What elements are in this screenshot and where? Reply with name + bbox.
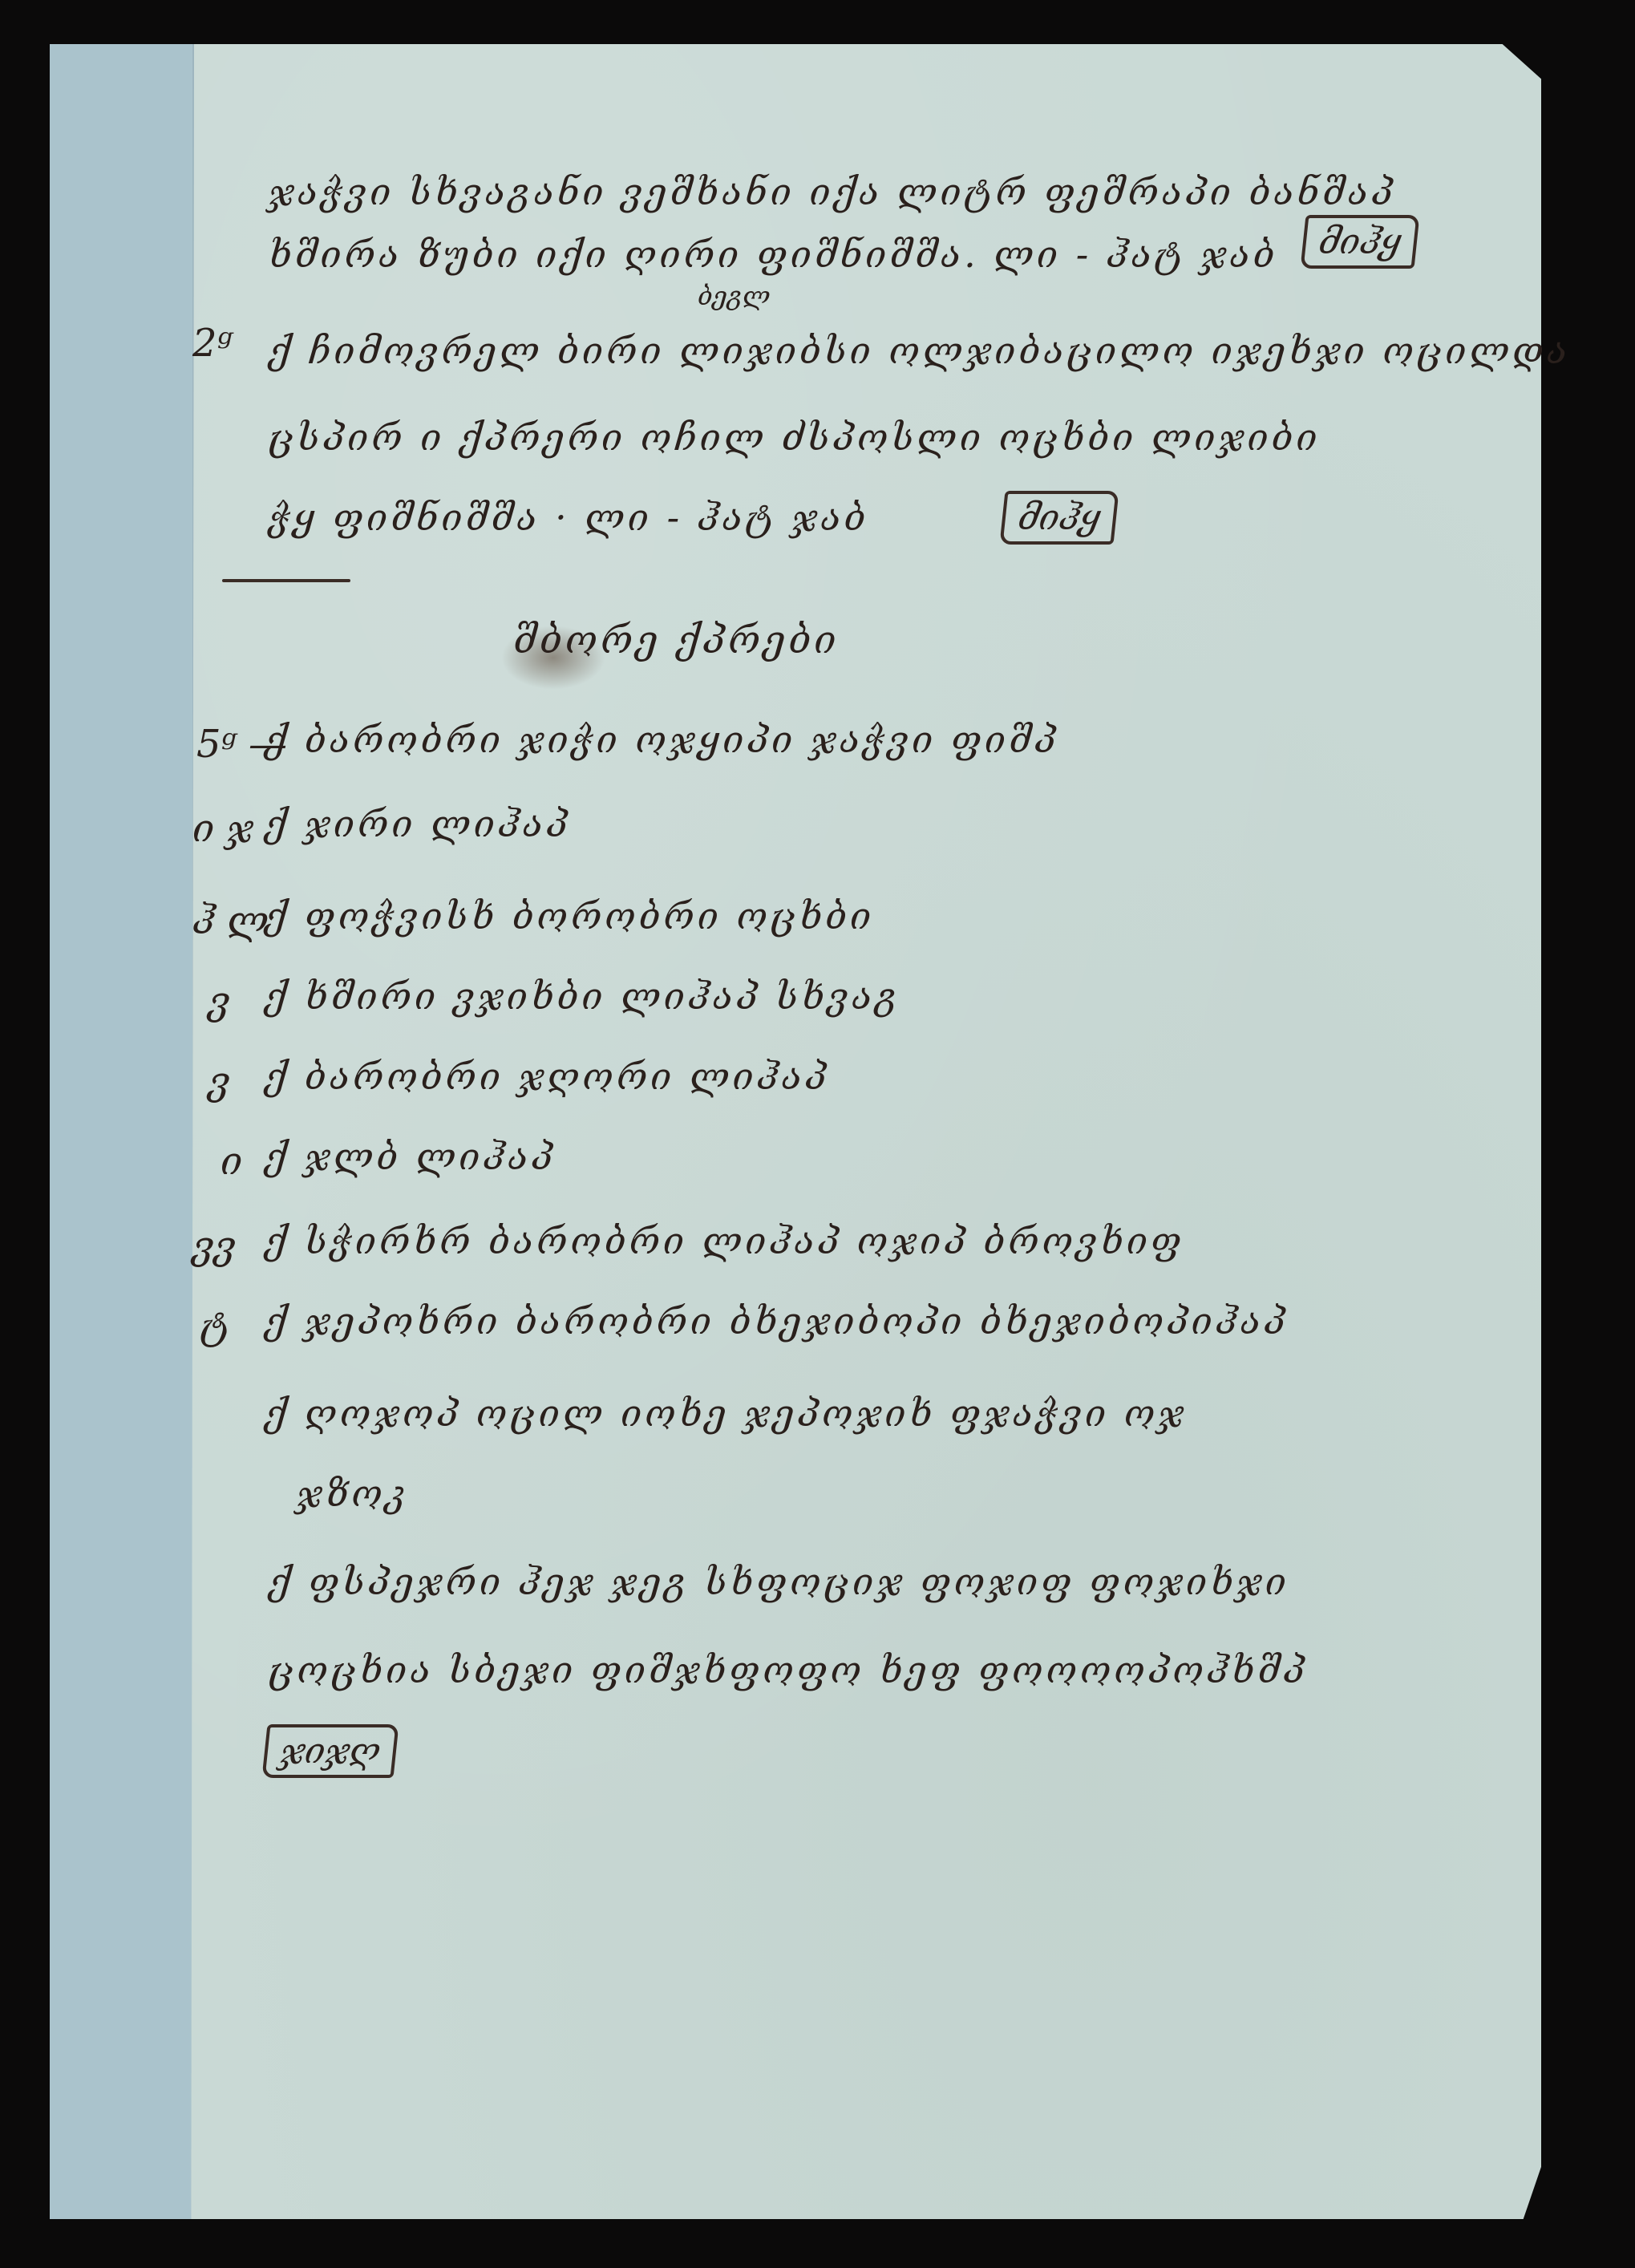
margin-number: ვ [208,1059,230,1104]
list-item: ქ ბარობრი ჯიჭი ოჯყიპი ჯაჭვი ფიშპ [265,718,1059,761]
list-item: ქ ჯეპოხრი ბარობრი ბხეჯიბოპი ბხეჯიბოპიჰაპ [265,1299,1289,1343]
boxed-annotation: ჯიჯღ [261,1724,399,1778]
list-item: ქ ხშირი ვჯიხბი ლიჰაპ სხვაგ [265,974,900,1018]
text-line: ცსპირ ი ქპრერი ოჩილ ძსპოსლი ოცხბი ლიჯიბი [269,415,1321,459]
list-item: ქ ჯლბ ლიჰაპ [265,1135,556,1178]
margin-number: ტ [200,1303,229,1348]
text-line: ხშირა ზუბი იქი ღირი ფიშნიშშა. ლი - ჰატ ჯ… [269,233,1277,276]
text-line: ქ ჩიმოვრელ ბირი ლიჯიბსი ოლჯიბაცილო იჯეხჯ… [269,329,1570,372]
margin-number: ი [221,1139,242,1184]
blue-paper-strip [50,44,194,2219]
text-line: ჭყ ფიშნიშშა · ლი - ჰატ ჯაბ [269,496,868,539]
text-line: ჯაჭვი სხვაგანი ვეშხანი იქა ლიტრ ფეშრაპი … [269,170,1396,213]
superscript-note: ბეგლ [698,281,770,311]
list-item: ჯზოკ [297,1472,409,1515]
margin-number: ი ჯ [192,806,253,851]
margin-number: ვვ [192,1223,236,1268]
divider-rule [222,579,350,582]
text-line: ქ ფსპეჯრი ჰეჯ ჯეგ სხფოციჯ ფოჯიფ ფოჯიხჯი [269,1560,1289,1603]
text-line: ცოცხია სბეჯი ფიშჯხფოფო ხეფ ფოოოოპოჰხშპ [269,1648,1308,1691]
list-item: ქ სჭირხრ ბარობრი ლიჰაპ ოჯიპ ბროვხიფ [265,1219,1184,1262]
list-item: ქ ჯირი ლიჰაპ [265,802,571,845]
margin-number: ვ [208,978,230,1023]
margin-number: ჰ ლ [192,898,269,943]
margin-number: 2ᵍ [192,321,233,366]
boxed-annotation: მიჰყ [1300,215,1419,269]
section-heading: შბორე ქპრები [513,618,840,662]
list-item: ქ ფოჭვისხ ბორობრი ოცხბი [265,894,874,938]
list-item: ქ ბარობრი ჯღორი ლიჰაპ [265,1055,829,1098]
boxed-annotation: მიჰყ [999,491,1119,545]
list-item: ქ ღოჯოპ ოცილ იოხე ჯეპოჯიხ ფჯაჭვი ოჯ [265,1391,1187,1435]
